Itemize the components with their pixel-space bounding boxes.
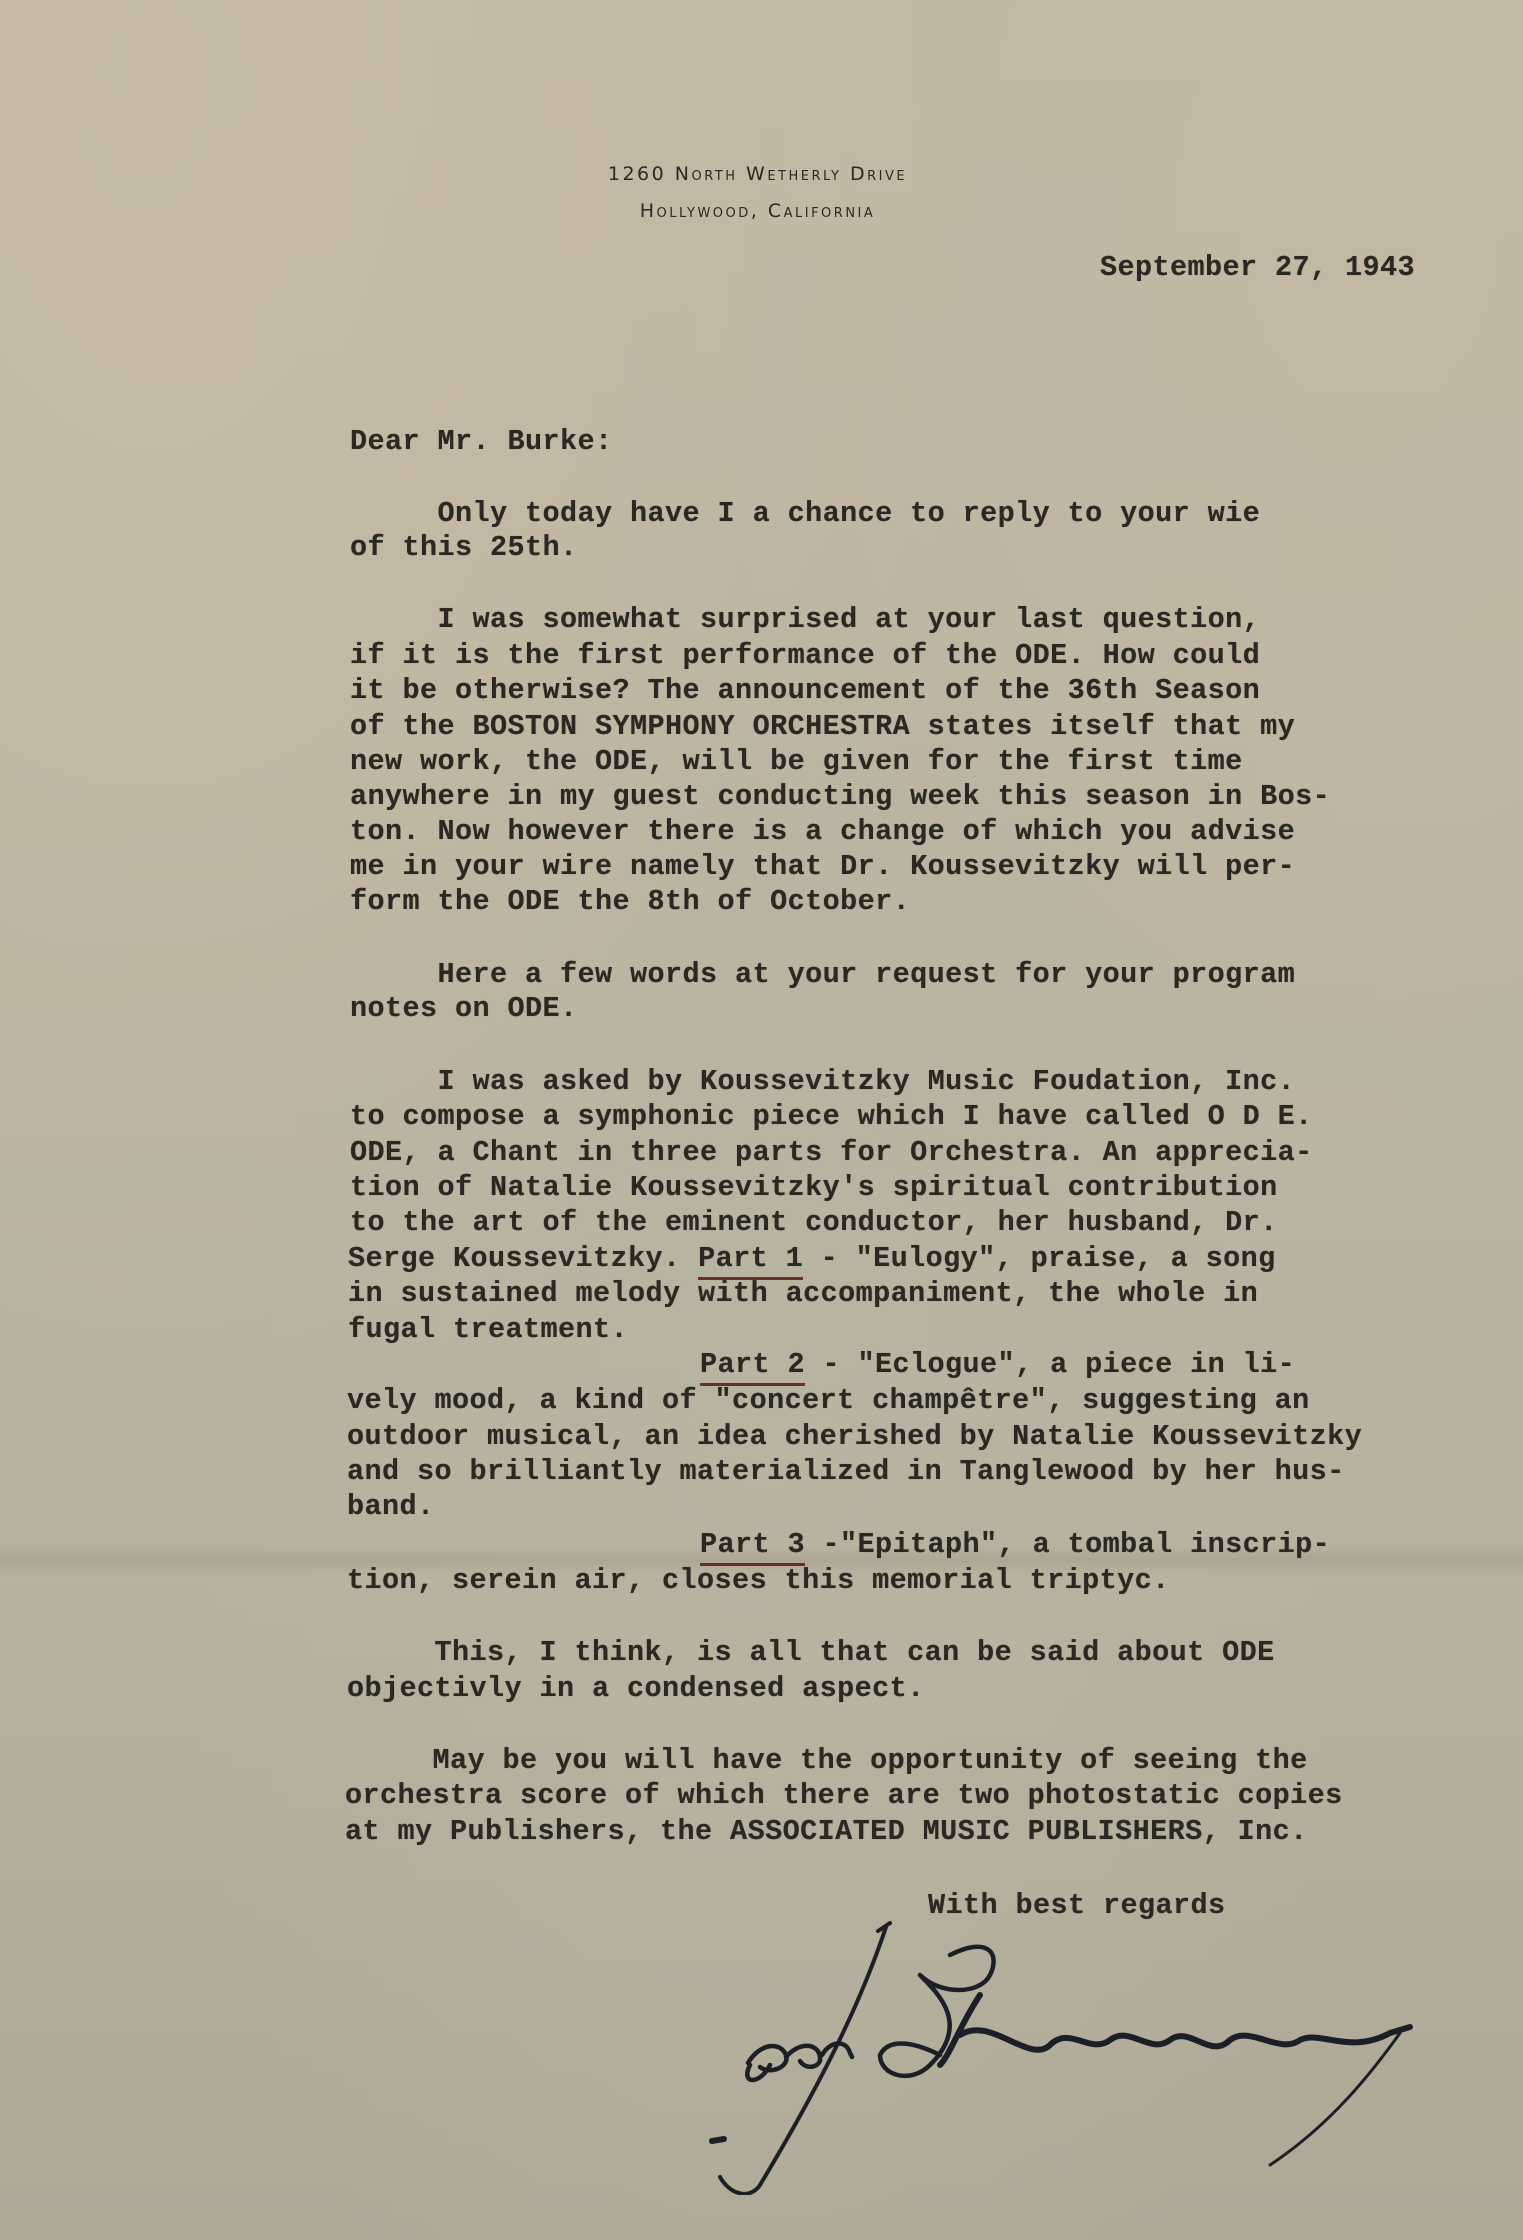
part-2-text: - "Eclogue", a piece in li- [805,1348,1295,1381]
body-line: it be otherwise? The announcement of the… [350,673,1260,708]
body-line: tion of Natalie Koussevitzky's spiritual… [350,1170,1278,1205]
salutation: Dear Mr. Burke: [350,424,613,459]
body-line: to compose a symphonic piece which I hav… [350,1099,1313,1134]
part-1-text: - "Eulogy", praise, a song [803,1242,1276,1275]
body-line: ODE, a Chant in three parts for Orchestr… [350,1135,1313,1170]
body-line: new work, the ODE, will be given for the… [350,744,1243,779]
body-line: to the art of the eminent conductor, her… [350,1205,1278,1240]
body-line: vely mood, a kind of "concert champêtre"… [347,1383,1310,1418]
letterhead-city: Hollywood, California [0,200,1515,222]
body-line: This, I think, is all that can be said a… [347,1635,1275,1670]
body-line: and so brilliantly materialized in Tangl… [347,1454,1345,1489]
body-line: I was somewhat surprised at your last qu… [350,602,1260,637]
signature-handwritten [690,1915,1450,2195]
body-line: Here a few words at your request for you… [350,957,1295,992]
body-line: of the BOSTON SYMPHONY ORCHESTRA states … [350,709,1295,744]
letter-date: September 27, 1943 [1100,250,1415,285]
part-2-label: Part 2 [700,1348,805,1386]
body-line-part3: Part 3 -"Epitaph", a tombal inscrip- [700,1527,1330,1562]
body-line: if it is the first performance of the OD… [350,638,1260,673]
body-line: ton. Now however there is a change of wh… [350,814,1295,849]
body-line: objectivly in a condensed aspect. [347,1671,925,1706]
body-line: in sustained melody with accompaniment, … [348,1276,1258,1311]
body-line-part2: Part 2 - "Eclogue", a piece in li- [700,1347,1295,1382]
body-line: May be you will have the opportunity of … [345,1743,1308,1778]
part-3-label: Part 3 [700,1528,805,1566]
body-line: fugal treatment. [348,1312,628,1347]
body-line: anywhere in my guest conducting week thi… [350,779,1330,814]
body-line: orchestra score of which there are two p… [345,1778,1343,1813]
part-3-text: -"Epitaph", a tombal inscrip- [805,1528,1330,1561]
body-line-part1: Serge Koussevitzky. Part 1 - "Eulogy", p… [348,1241,1276,1276]
body-line: form the ODE the 8th of October. [350,884,910,919]
body-text: Serge Koussevitzky. [348,1242,698,1275]
body-line: of this 25th. [350,530,578,565]
body-line: band. [347,1489,435,1524]
body-line: notes on ODE. [350,991,578,1026]
part-1-label: Part 1 [698,1242,803,1280]
body-line: Only today have I a chance to reply to y… [350,496,1260,531]
body-line: at my Publishers, the ASSOCIATED MUSIC P… [345,1814,1308,1849]
body-line: me in your wire namely that Dr. Koussevi… [350,849,1295,884]
body-line: outdoor musical, an idea cherished by Na… [347,1419,1362,1454]
letterhead-address: 1260 North Wetherly Drive [0,163,1515,185]
body-line: tion, serein air, closes this memorial t… [347,1563,1170,1598]
body-line: I was asked by Koussevitzky Music Foudat… [350,1064,1295,1099]
